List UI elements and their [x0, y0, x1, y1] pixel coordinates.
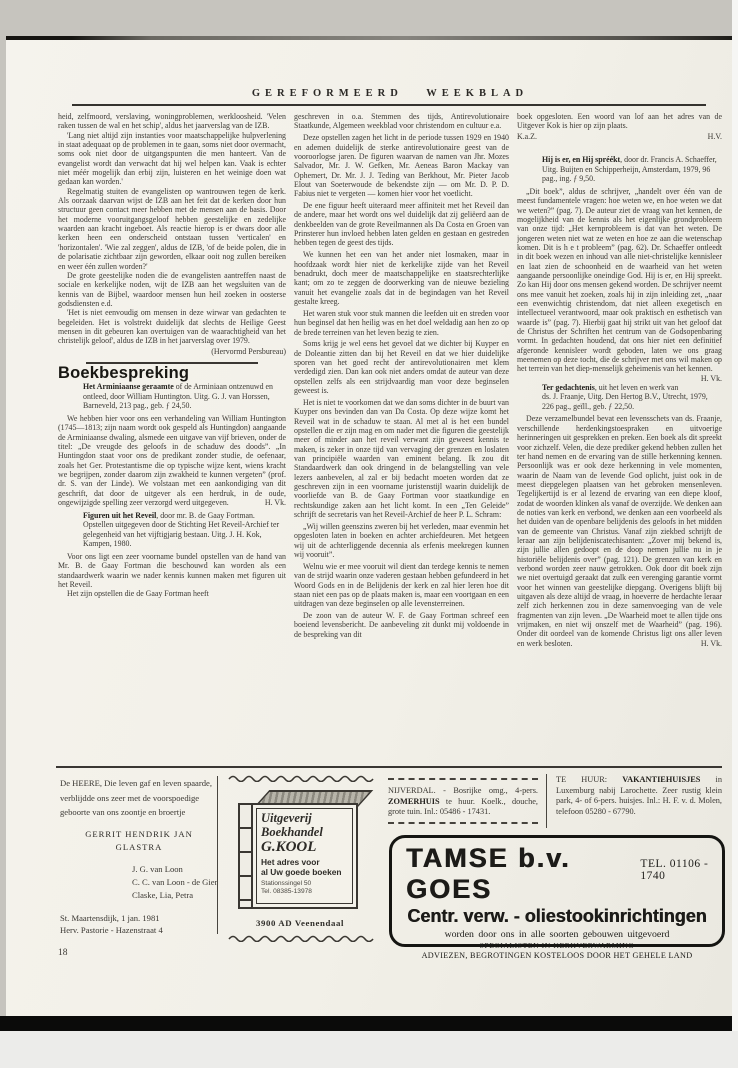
- book-reference: Het Arminiaanse geraamte of de Arminiaan…: [83, 382, 283, 411]
- book-reference: Figuren uit het Reveil, door mr. B. de G…: [83, 511, 283, 549]
- birth-announcement-text: De HEERE, Die leven gaf en leven spaarde…: [60, 776, 218, 820]
- paragraph: De zoon van de auteur W. F. de Gaay Fort…: [294, 611, 509, 639]
- reviewer-initials: K.a.Z.: [517, 132, 537, 141]
- book-title: Ter gedachtenis: [542, 383, 595, 392]
- tamse-company-name: TAMSE b.v. GOES: [406, 843, 626, 905]
- classified-border-bottom: [388, 822, 538, 824]
- book-title: Figuren uit het Reveil: [83, 511, 156, 520]
- classified-ad-vakantiehuisjes: TE HUUR: VAKANTIEHUISJES in Luxemburg na…: [556, 775, 722, 817]
- classified-ad-nijverdal: NIJVERDAL. - Bosrijke omg., 4-pers. ZOME…: [388, 786, 538, 818]
- bookshop-street: Stationssingel 50: [261, 880, 311, 887]
- book-reference: Ter gedachtenis, uit het leven en werk v…: [542, 383, 719, 412]
- book-cover-text: Uitgeverij Boekhandel G.KOOL Het adres v…: [256, 808, 353, 904]
- book-title: Hij is er, en Hij spréékt: [542, 155, 620, 164]
- announcement-address: St. Maartensdijk, 1 jan. 1981 Herv. Past…: [60, 912, 218, 937]
- reviewer-initials: H.V.: [708, 132, 722, 141]
- column-left: heid, zelfmoord, verslaving, woningprobl…: [58, 112, 286, 764]
- scanned-newspaper-page: GEREFORMEERD WEEKBLAD heid, zelfmoord, v…: [0, 0, 738, 1068]
- paragraph: Regelmatig stuiten de evangelisten op wa…: [58, 187, 286, 271]
- place-date: St. Maartensdijk, 1 jan. 1981: [60, 912, 218, 925]
- scan-right-margin: [732, 0, 738, 1068]
- review-body: „Dit boek”, aldus de schrijver, „handelt…: [517, 187, 722, 374]
- tamse-header-row: TAMSE b.v. GOES TEL. 01106 - 1740: [406, 843, 722, 905]
- street-address: Herv. Pastorie - Hazenstraat 4: [60, 924, 218, 937]
- baby-name-line1: GERRIT HENDRIK JAN: [60, 828, 218, 841]
- baby-name-line2: GLASTRA: [60, 841, 218, 854]
- paragraph: 'Het is niet eenvoudig om mensen in deze…: [58, 308, 286, 345]
- book-title: Het Arminiaanse geraamte: [83, 382, 174, 391]
- reviewer-initials: H. Vk.: [684, 639, 722, 648]
- ad-keyword: VAKANTIEHUISJES: [622, 775, 700, 784]
- paragraph: Het zijn opstellen die de Gaay Fortman h…: [58, 589, 286, 598]
- reviewer-initials: H. Vk.: [684, 374, 722, 383]
- paragraph: De grote geestelijke noden die de evange…: [58, 271, 286, 308]
- tamse-description: worden door ons in alle soorten gebouwen…: [392, 929, 722, 940]
- classified-separator-vertical: [546, 774, 547, 828]
- tamse-footer-line: ADVIEZEN, BEGROTINGEN KOSTELOOS DOOR HET…: [392, 951, 722, 960]
- sibling-names: Claske, Lia, Petra: [132, 889, 218, 902]
- scan-bottom-bar: [0, 1016, 732, 1031]
- review-text: Deze verzamelbundel bevat een levenssche…: [517, 414, 722, 647]
- tamse-product-line: Centr. verw. - oliestookinrichtingen: [392, 906, 722, 927]
- paragraph: boek opgesloten. Een woord van lof aan h…: [517, 112, 722, 131]
- classified-border-top: [388, 778, 538, 780]
- ad-separator-vertical: [217, 776, 218, 934]
- baby-name: GERRIT HENDRIK JAN GLASTRA: [60, 828, 218, 854]
- book-cover: Uitgeverij Boekhandel G.KOOL Het adres v…: [251, 803, 358, 909]
- section-heading-boekbespreking: Boekbespreking: [58, 369, 286, 378]
- column-right: boek opgesloten. Een woord van lof aan h…: [517, 112, 722, 764]
- wavy-border-bottom: [228, 934, 376, 942]
- bookshop-ad: Uitgeverij Boekhandel G.KOOL Het adres v…: [238, 790, 362, 912]
- parent-name: J. G. van Loon: [132, 863, 218, 876]
- paragraph: 'Lang niet altijd zijn instanties voor m…: [58, 131, 286, 187]
- reviewer-initials: H. Vk.: [248, 498, 286, 507]
- ad-text: NIJVERDAL. - Bosrijke omg., 4-pers.: [388, 786, 538, 795]
- paragraph: „Wij willen geenszins zweren bij het ver…: [294, 522, 509, 559]
- page-number: 18: [58, 948, 68, 958]
- tamse-ad-box: TAMSE b.v. GOES TEL. 01106 - 1740 Centr.…: [389, 835, 725, 947]
- book-reference: Hij is er, en Hij spréékt, door dr. Fran…: [542, 155, 719, 184]
- paragraph: Welnu wie er mee vooruit wil dient dan t…: [294, 562, 509, 609]
- review-body: Deze verzamelbundel bevat een levenssche…: [517, 414, 722, 648]
- paragraph: We kunnen het een van het ander niet los…: [294, 250, 509, 306]
- paragraph: geschreven in o.a. Stemmen des tijds, An…: [294, 112, 509, 131]
- bookshop-phone: Tel. 08385-13978: [261, 888, 312, 895]
- masthead-title: GEREFORMEERD WEEKBLAD: [58, 88, 722, 99]
- review-text: „Dit boek”, aldus de schrijver, „handelt…: [517, 187, 722, 374]
- scan-bottom-margin: [0, 1031, 738, 1068]
- tamse-specialists-line: SPECIALISTEN IN KERKVERWARMING: [392, 941, 722, 950]
- bookshop-slogan: Het adres vooral Uw goede boeken: [261, 858, 348, 877]
- slogan-line: Het adres voor: [261, 857, 320, 867]
- bookshop-name-line: Boekhandel: [261, 826, 348, 840]
- wavy-border-top: [228, 774, 376, 782]
- family-names: J. G. van Loon C. C. van Loon - de Gier …: [132, 863, 218, 902]
- tamse-phone: TEL. 01106 - 1740: [640, 858, 722, 882]
- parent-name: C. C. van Loon - de Gier: [132, 876, 218, 889]
- bottom-section-rule: [56, 766, 722, 768]
- bookshop-name-line: Uitgeverij: [261, 812, 348, 826]
- ad-keyword: ZOMERHUIS: [388, 797, 440, 806]
- masthead-rule: [72, 104, 706, 106]
- birth-announcement-ad: De HEERE, Die leven gaf en leven spaarde…: [60, 776, 218, 937]
- press-byline: (Hervormd Persbureau): [58, 347, 286, 356]
- paragraph: Het waren stuk voor stuk mannen die leef…: [294, 309, 509, 337]
- signature-line: K.a.Z.H.V.: [517, 132, 722, 141]
- review-text: We hebben hier voor ons een verhandeling…: [58, 414, 286, 507]
- paragraph: Soms krijg je wel eens het gevoel dat we…: [294, 339, 509, 395]
- slogan-line: al Uw goede boeken: [261, 867, 342, 877]
- review-body: We hebben hier voor ons een verhandeling…: [58, 414, 286, 507]
- bookshop-name-line: G.KOOL: [261, 839, 348, 855]
- bookshop-contact: Stationssingel 50Tel. 08385-13978: [261, 880, 348, 896]
- paragraph: Voor ons ligt een zeer voorname bundel o…: [58, 552, 286, 589]
- column-middle: geschreven in o.a. Stemmen des tijds, An…: [294, 112, 509, 764]
- bookshop-city: 3900 AD Veenendaal: [232, 918, 368, 928]
- ad-text: TE HUUR:: [556, 775, 622, 784]
- paragraph: Deze opstellen zagen het licht in de per…: [294, 133, 509, 198]
- paragraph: De ene figuur heeft uiteraard meer affin…: [294, 201, 509, 248]
- paragraph: Het is niet te voorkomen dat we dan soms…: [294, 398, 509, 519]
- paragraph: heid, zelfmoord, verslaving, woningprobl…: [58, 112, 286, 131]
